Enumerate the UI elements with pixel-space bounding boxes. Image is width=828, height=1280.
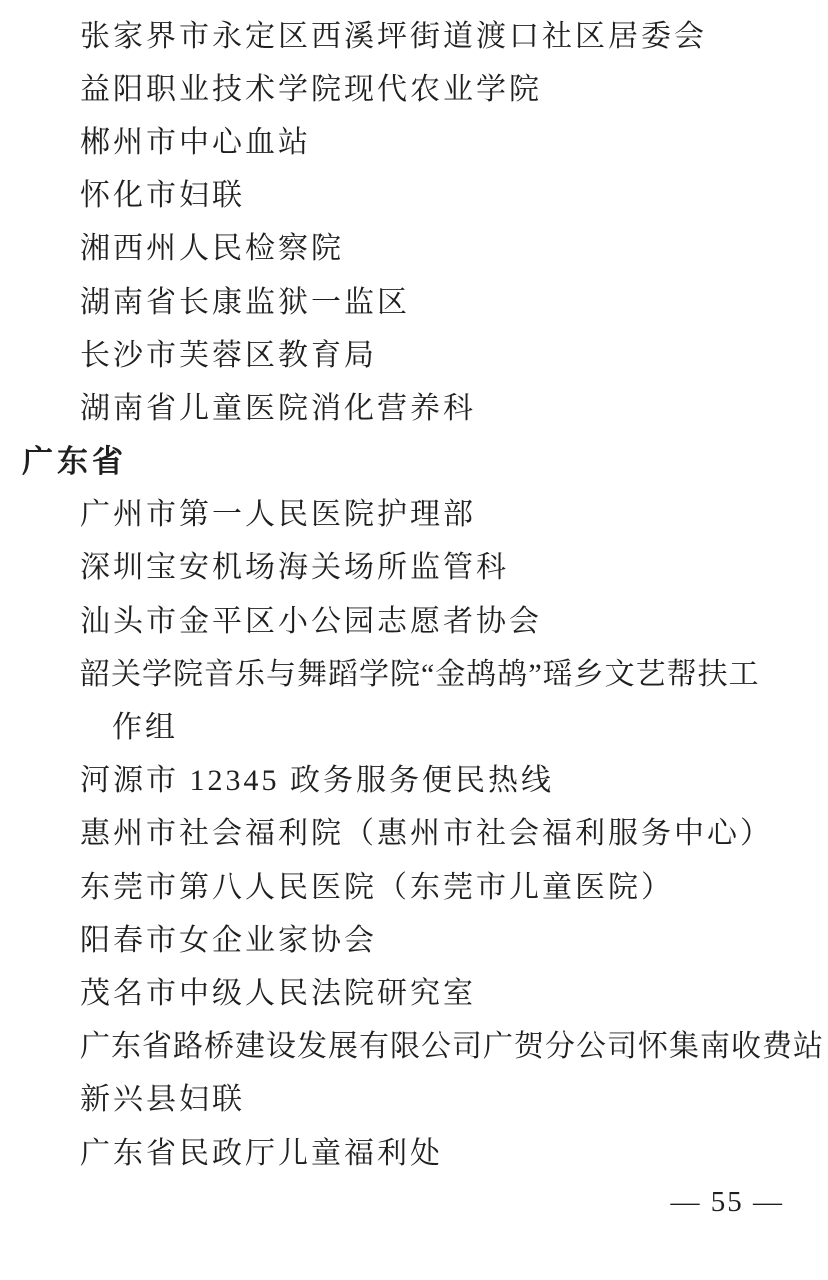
list-item: 张家界市永定区西溪坪街道渡口社区居委会	[0, 6, 828, 59]
list-item: 深圳宝安机场海关场所监管科	[0, 538, 828, 591]
list-item: 益阳职业技术学院现代农业学院	[0, 59, 828, 112]
section-heading-guangdong: 广东省	[0, 432, 828, 485]
list-item: 河源市 12345 政务服务便民热线	[0, 751, 828, 804]
list-item: 湖南省儿童医院消化营养科	[0, 378, 828, 431]
list-item: 阳春市女企业家协会	[0, 910, 828, 963]
list-item: 惠州市社会福利院（惠州市社会福利服务中心）	[0, 804, 828, 857]
page-number: — 55 —	[671, 1186, 785, 1219]
list-item: 广东省民政厅儿童福利处	[0, 1123, 828, 1176]
list-item: 长沙市芙蓉区教育局	[0, 325, 828, 378]
document-page: 张家界市永定区西溪坪街道渡口社区居委会 益阳职业技术学院现代农业学院 郴州市中心…	[0, 0, 828, 1280]
list-item: 茂名市中级人民法院研究室	[0, 963, 828, 1016]
list-item: 湖南省长康监狱一监区	[0, 272, 828, 325]
list-item: 怀化市妇联	[0, 166, 828, 219]
list-item: 郴州市中心血站	[0, 112, 828, 165]
list-item: 新兴县妇联	[0, 1070, 828, 1123]
list-item: 汕头市金平区小公园志愿者协会	[0, 591, 828, 644]
list-item: 韶关学院音乐与舞蹈学院“金鸪鸪”瑶乡文艺帮扶工	[0, 644, 828, 697]
organization-list: 张家界市永定区西溪坪街道渡口社区居委会 益阳职业技术学院现代农业学院 郴州市中心…	[0, 0, 828, 1176]
list-item-continuation: 作组	[0, 697, 828, 750]
list-item: 广州市第一人民医院护理部	[0, 485, 828, 538]
list-item: 广东省路桥建设发展有限公司广贺分公司怀集南收费站	[0, 1017, 828, 1070]
list-item: 东莞市第八人民医院（东莞市儿童医院）	[0, 857, 828, 910]
list-item: 湘西州人民检察院	[0, 219, 828, 272]
